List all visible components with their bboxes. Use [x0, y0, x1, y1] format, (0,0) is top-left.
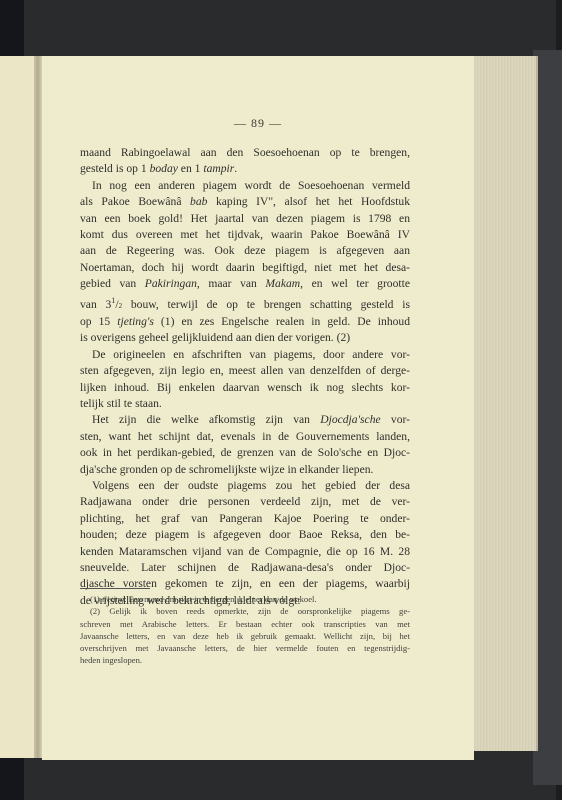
text-line: Noertaman, doch hij wordt daarin begifti… [80, 260, 410, 276]
text-line: op 15 tjeting's (1) en zes Engelsche rea… [80, 314, 410, 330]
footnote-rule [80, 588, 150, 589]
text-line: ook in het perdikan-gebied, de grenzen v… [80, 445, 410, 461]
footnote-line: overschrijven met Javaansche letters, de… [80, 642, 410, 654]
text-line: Het zijn die welke afkomstig zijn van Dj… [80, 412, 410, 428]
book-gutter [34, 56, 42, 758]
text-line: Volgens een der oudste piagems zou het g… [80, 478, 410, 494]
body-text: maand Rabingoelawal aan den Soesoehoenan… [80, 145, 410, 609]
text-line: kenden Mataramschen vijand van de Compag… [80, 544, 410, 560]
text-line: maand Rabingoelawal aan den Soesoehoenan… [80, 145, 410, 161]
footnote-line: schreven met Arabische letters. Er besta… [80, 618, 410, 630]
text-line: van 31/2 bouw, terwijl de op te brengen … [80, 293, 410, 314]
text-line: van een boek gold! Het jaartal van dezen… [80, 211, 410, 227]
text-line: sten, want het schijnt dat, evenals in d… [80, 429, 410, 445]
text-line: Radjawana onder drie personen verdeeld z… [80, 494, 410, 510]
text-line: als Pakoe Boewânâ bab kaping IV", alsof … [80, 194, 410, 210]
text-line: is overigens geheel gelijkluidend aan di… [80, 330, 410, 346]
text-line: djasche vorsten gekomen te zijn, en een … [80, 576, 410, 592]
text-line: sneuvelde. Later schijnen de Radjawana-d… [80, 560, 410, 576]
text-line: dja'sche gronden op de schromelijkste wi… [80, 462, 410, 478]
page-number: — 89 — [42, 116, 474, 131]
text-line: gesteld is op 1 boday en 1 tampir. [80, 161, 410, 177]
footnote-line: (2) Gelijk ik boven reeds opmerkte, zijn… [80, 605, 410, 617]
text-line: In nog een anderen piagem wordt de Soeso… [80, 178, 410, 194]
text-line: aan de Regeering was. Ook deze piagem is… [80, 243, 410, 259]
text-line: plichting, het graf van Pangeran Kajoe P… [80, 511, 410, 527]
text-line: sten afgegeven, zijn legio en, meest all… [80, 363, 410, 379]
text-line: lijken inhoud. Bij enkelen daarvan wensc… [80, 380, 410, 396]
left-page-edge [0, 56, 34, 758]
text-line: houden; deze piagem is afgegeven door Ba… [80, 527, 410, 543]
page-stack-edges [474, 56, 538, 751]
text-line: De origineelen en afschriften van piagem… [80, 347, 410, 363]
footnotes: (1) tjeting: Een mand om rijst in te ber… [80, 593, 410, 667]
footnote-line: (1) tjeting: Een mand om rijst in te ber… [80, 593, 410, 605]
text-line: komt dus overeen met het tijdvak, waarin… [80, 227, 410, 243]
text-line: gebied van Pakiringan, maar van Makam, e… [80, 276, 410, 292]
footnote-line: heden ingeslopen. [80, 654, 410, 666]
footnote-line: Javaansche letters, en van deze heb ik g… [80, 630, 410, 642]
book-page: — 89 — maand Rabingoelawal aan den Soeso… [42, 56, 474, 760]
text-line: telijk stil te staan. [80, 396, 410, 412]
